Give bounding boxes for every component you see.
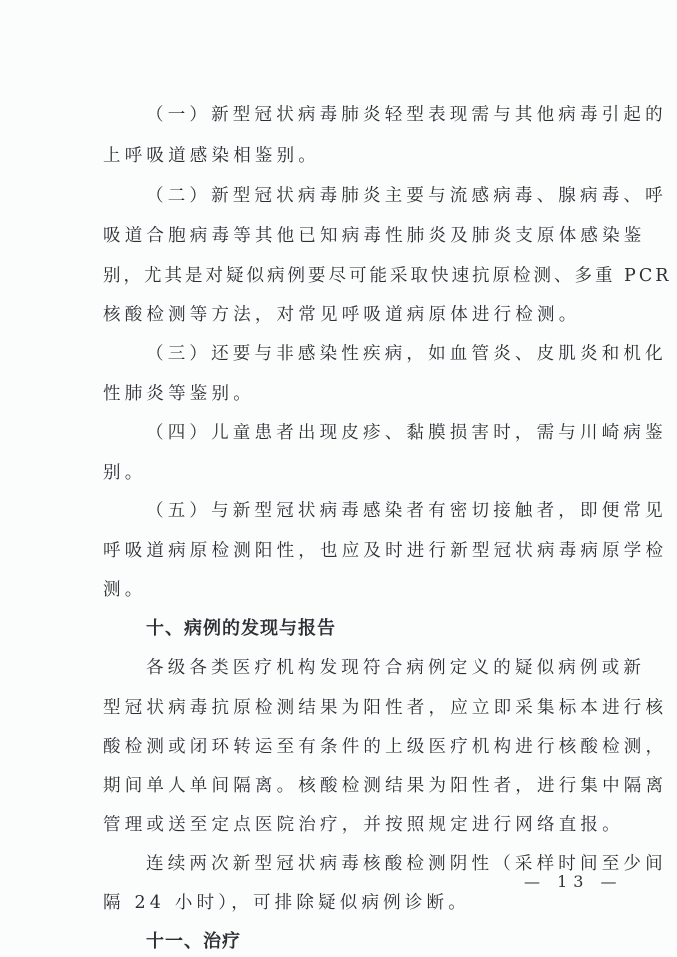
paragraph-1-line-2: 上呼吸道感染相鉴别。 <box>103 144 583 168</box>
paragraph-3-line-1: （三）还要与非感染性疾病，如血管炎、皮肌炎和机化 <box>146 342 626 366</box>
paragraph-4-line-1: （四）儿童患者出现皮疹、黏膜损害时，需与川崎病鉴 <box>146 421 626 445</box>
paragraph-6-line-1: 各级各类医疗机构发现符合病例定义的疑似病例或新 <box>146 656 626 680</box>
section-heading-10: 十、病例的发现与报告 <box>146 617 626 641</box>
paragraph-7-line-2: 隔 24 小时），可排除疑似病例诊断。 <box>103 891 583 915</box>
paragraph-2-line-2: 吸道合胞病毒等其他已知病毒性肺炎及肺炎支原体感染鉴 <box>103 224 583 248</box>
section-heading-11: 十一、治疗 <box>146 930 626 954</box>
paragraph-3-line-2: 性肺炎等鉴别。 <box>103 382 583 406</box>
paragraph-2-line-3: 别，尤其是对疑似病例要尽可能采取快速抗原检测、多重 PCR <box>103 264 583 288</box>
paragraph-6-line-3: 酸检测或闭环转运至有条件的上级医疗机构进行核酸检测， <box>103 735 583 759</box>
paragraph-2-line-4: 核酸检测等方法，对常见呼吸道病原体进行检测。 <box>103 303 583 327</box>
document-page: （一）新型冠状病毒肺炎轻型表现需与其他病毒引起的 上呼吸道感染相鉴别。 （二）新… <box>0 0 677 957</box>
paragraph-1-line-1: （一）新型冠状病毒肺炎轻型表现需与其他病毒引起的 <box>146 103 626 127</box>
paragraph-6-line-4: 期间单人单间隔离。核酸检测结果为阳性者，进行集中隔离 <box>103 774 583 798</box>
paragraph-2-line-1: （二）新型冠状病毒肺炎主要与流感病毒、腺病毒、呼 <box>146 184 626 208</box>
paragraph-4-line-2: 别。 <box>103 461 583 485</box>
paragraph-6-line-2: 型冠状病毒抗原检测结果为阳性者，应立即采集标本进行核 <box>103 696 583 720</box>
paragraph-6-line-5: 管理或送至定点医院治疗，并按照规定进行网络直报。 <box>103 813 583 837</box>
paragraph-5-line-2: 呼吸道病原检测阳性，也应及时进行新型冠状病毒病原学检 <box>103 539 583 563</box>
paragraph-5-line-1: （五）与新型冠状病毒感染者有密切接触者，即便常见 <box>146 499 626 523</box>
page-number: — 13 — <box>524 872 623 891</box>
paragraph-5-line-3: 测。 <box>103 578 583 602</box>
